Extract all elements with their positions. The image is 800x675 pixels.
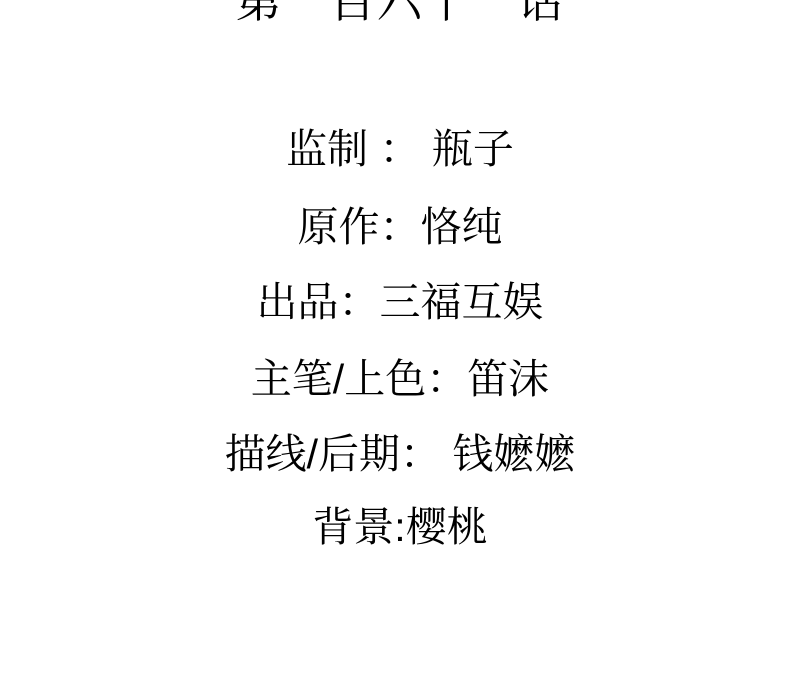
credits-page: 第一百六十一话 监制 ： 瓶子 原作：恪纯 出品：三福互娱 主笔/上色：笛沫 描… [0,0,800,675]
credit-line-lineart-postproduction: 描线/后期： 钱嬷嬷 [0,434,800,475]
credit-line-lead-artist-colorist: 主笔/上色：笛沫 [0,359,800,400]
chapter-title: 第一百六十一话 [0,0,800,24]
credit-line-producer: 出品：三福互娱 [0,282,800,323]
credit-line-supervisor: 监制 ： 瓶子 [0,129,800,170]
credit-line-original-author: 原作：恪纯 [0,207,800,248]
credit-line-background-artist: 背景:樱桃 [0,507,800,548]
